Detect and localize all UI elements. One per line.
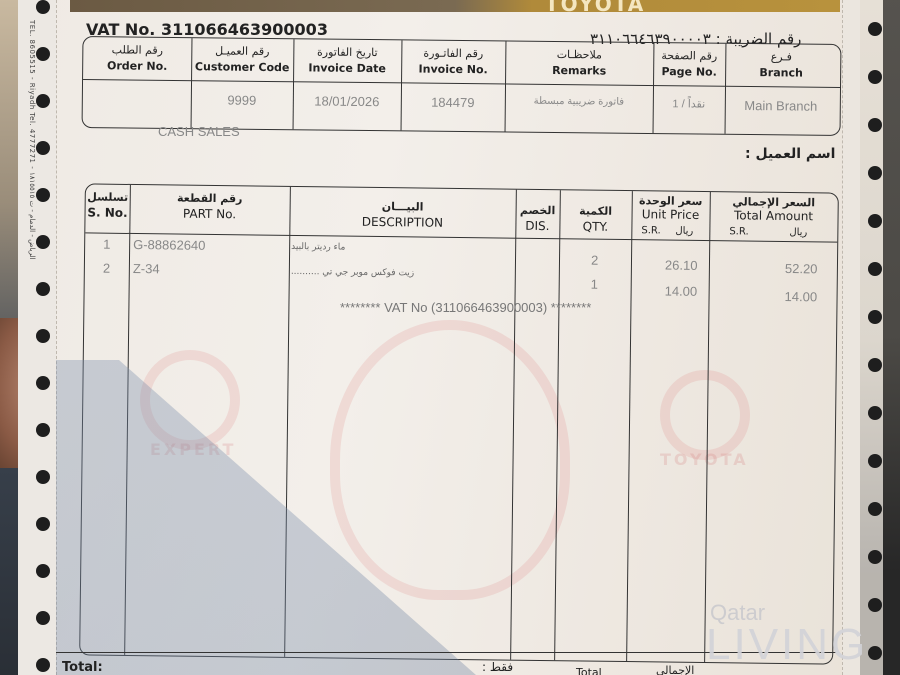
row-qty: 1 xyxy=(591,277,598,292)
part-no-header: PART No. xyxy=(129,206,289,222)
total-label: Total: xyxy=(62,660,103,675)
branch-value: Main Branch xyxy=(725,98,837,114)
col-discount: الخصم DIS. xyxy=(510,190,561,661)
invoice-no-label-ar: رقم الفاتـورة xyxy=(401,46,505,60)
branch-label: Branch xyxy=(725,66,837,80)
tractor-hole xyxy=(868,166,882,180)
tractor-hole xyxy=(36,470,50,484)
tractor-hole xyxy=(868,22,882,36)
total-amount-header: Total Amount xyxy=(709,208,837,224)
page-no-column: رقم الصفحة Page No. نقداً / 1 xyxy=(653,43,727,134)
brand-banner xyxy=(70,0,840,12)
tractor-hole xyxy=(36,282,50,296)
customer-name-label: اسم العميل : xyxy=(745,146,835,162)
page-no-label-ar: رقم الصفحة xyxy=(653,49,725,63)
row-sno: 2 xyxy=(103,261,110,276)
row-sno: 1 xyxy=(103,237,110,252)
tractor-hole xyxy=(36,235,50,249)
tractor-hole xyxy=(36,329,50,343)
tractor-hole xyxy=(36,517,50,531)
row-unit-price: 14.00 xyxy=(665,284,698,299)
tractor-hole xyxy=(868,214,882,228)
total-currency-ar: ريال xyxy=(789,227,807,238)
background-right xyxy=(860,0,900,675)
invoice-no-label: Invoice No. xyxy=(401,62,505,76)
sale-type: CASH SALES xyxy=(158,124,240,139)
remarks-value: فاتورة ضريبية مبسطة xyxy=(505,95,653,108)
unit-price-currency-en: S.R. xyxy=(641,225,660,236)
order-no-value xyxy=(83,91,191,92)
tractor-hole xyxy=(868,310,882,324)
tractor-hole xyxy=(868,454,882,468)
tractor-hole xyxy=(868,550,882,564)
tractor-hole xyxy=(868,70,882,84)
tractor-hole xyxy=(868,598,882,612)
tractor-hole xyxy=(36,611,50,625)
row-total: 52.20 xyxy=(785,261,818,276)
grand-total-label-en: Total xyxy=(576,666,602,675)
unit-price-currency-ar: ريال xyxy=(675,226,693,237)
discount-header: DIS. xyxy=(515,219,559,234)
tractor-hole xyxy=(36,564,50,578)
row-total: 14.00 xyxy=(784,289,817,304)
invoice-no-value: 184479 xyxy=(401,94,505,110)
order-no-label: Order No. xyxy=(83,59,191,73)
qty-header-ar: الكمية xyxy=(560,204,632,218)
col-total-amount: السعر الإجمالي Total Amount S.R. ريال xyxy=(704,192,838,664)
customer-code-column: رقم العميـل Customer Code 9999 xyxy=(191,38,295,129)
tractor-hole xyxy=(36,141,50,155)
row-description: ماء رديتر بالبيد xyxy=(291,242,411,253)
vat-note: ******** VAT No (311066463900003) ******… xyxy=(340,300,591,315)
row-part-no: Z-34 xyxy=(133,261,160,276)
tractor-hole xyxy=(36,188,50,202)
row-unit-price: 26.10 xyxy=(665,258,698,273)
invoice-date-value: 18/01/2026 xyxy=(293,93,401,109)
unit-price-header: Unit Price xyxy=(631,207,709,222)
customer-code-label-ar: رقم العميـل xyxy=(191,44,293,58)
customer-code-label: Customer Code xyxy=(191,60,293,74)
brand-logo: TOYOTA xyxy=(545,0,645,16)
invoice-header-table: رقم الطلب Order No. رقم العميـل Customer… xyxy=(82,36,842,136)
remarks-label: Remarks xyxy=(505,63,653,78)
remarks-column: ملاحظـات Remarks فاتورة ضريبية مبسطة xyxy=(505,41,655,133)
tractor-hole xyxy=(36,94,50,108)
remarks-label-ar: ملاحظـات xyxy=(505,47,653,62)
grand-total-label-ar: الإجمالي xyxy=(656,664,694,675)
description-header: DESCRIPTION xyxy=(289,214,515,231)
tractor-hole xyxy=(36,376,50,390)
qty-header: QTY. xyxy=(559,219,631,234)
side-contact-text: TEL. 8605515 - Riyadh Tel. 4777271 - الر… xyxy=(22,20,36,300)
discount-header-ar: الخصم xyxy=(516,204,560,218)
order-no-label-ar: رقم الطلب xyxy=(83,43,191,57)
tractor-hole xyxy=(36,423,50,437)
tractor-hole xyxy=(868,358,882,372)
invoice-date-label: Invoice Date xyxy=(293,61,401,75)
branch-column: فـرع Branch Main Branch xyxy=(725,44,838,135)
total-currency-en: S.R. xyxy=(729,226,748,237)
tractor-hole xyxy=(868,262,882,276)
tractor-hole xyxy=(36,658,50,672)
invoice-no-column: رقم الفاتـورة Invoice No. 184479 xyxy=(401,40,507,131)
description-header-ar: البيـــان xyxy=(290,199,516,215)
page-no-label: Page No. xyxy=(653,65,725,79)
row-description: زيت فوكس موبر جي تي .......... xyxy=(291,267,441,279)
sno-header-ar: تسلسل xyxy=(86,190,130,204)
tractor-hole xyxy=(36,47,50,61)
part-no-header-ar: رقم القطعة xyxy=(130,191,290,206)
row-part-no: G-88862640 xyxy=(133,237,205,253)
order-no-column: رقم الطلب Order No. xyxy=(83,37,193,128)
tractor-hole xyxy=(868,502,882,516)
unit-price-header-ar: سعر الوحدة xyxy=(632,194,710,208)
page-no-value: نقداً / 1 xyxy=(653,97,725,111)
amount-in-words-label: فقط : xyxy=(482,660,513,674)
invoice-date-column: تاريخ الفاتورة Invoice Date 18/01/2026 xyxy=(293,39,403,130)
site-watermark-big: LIVING xyxy=(706,620,868,670)
tractor-hole xyxy=(868,646,882,660)
invoice-date-label-ar: تاريخ الفاتورة xyxy=(293,45,401,59)
tractor-hole xyxy=(868,406,882,420)
branch-label-ar: فـرع xyxy=(725,50,837,64)
customer-code-value: 9999 xyxy=(191,92,293,108)
row-qty: 2 xyxy=(591,253,598,268)
tractor-hole xyxy=(36,0,50,14)
sno-header: S. No. xyxy=(85,205,129,220)
tractor-hole xyxy=(868,118,882,132)
